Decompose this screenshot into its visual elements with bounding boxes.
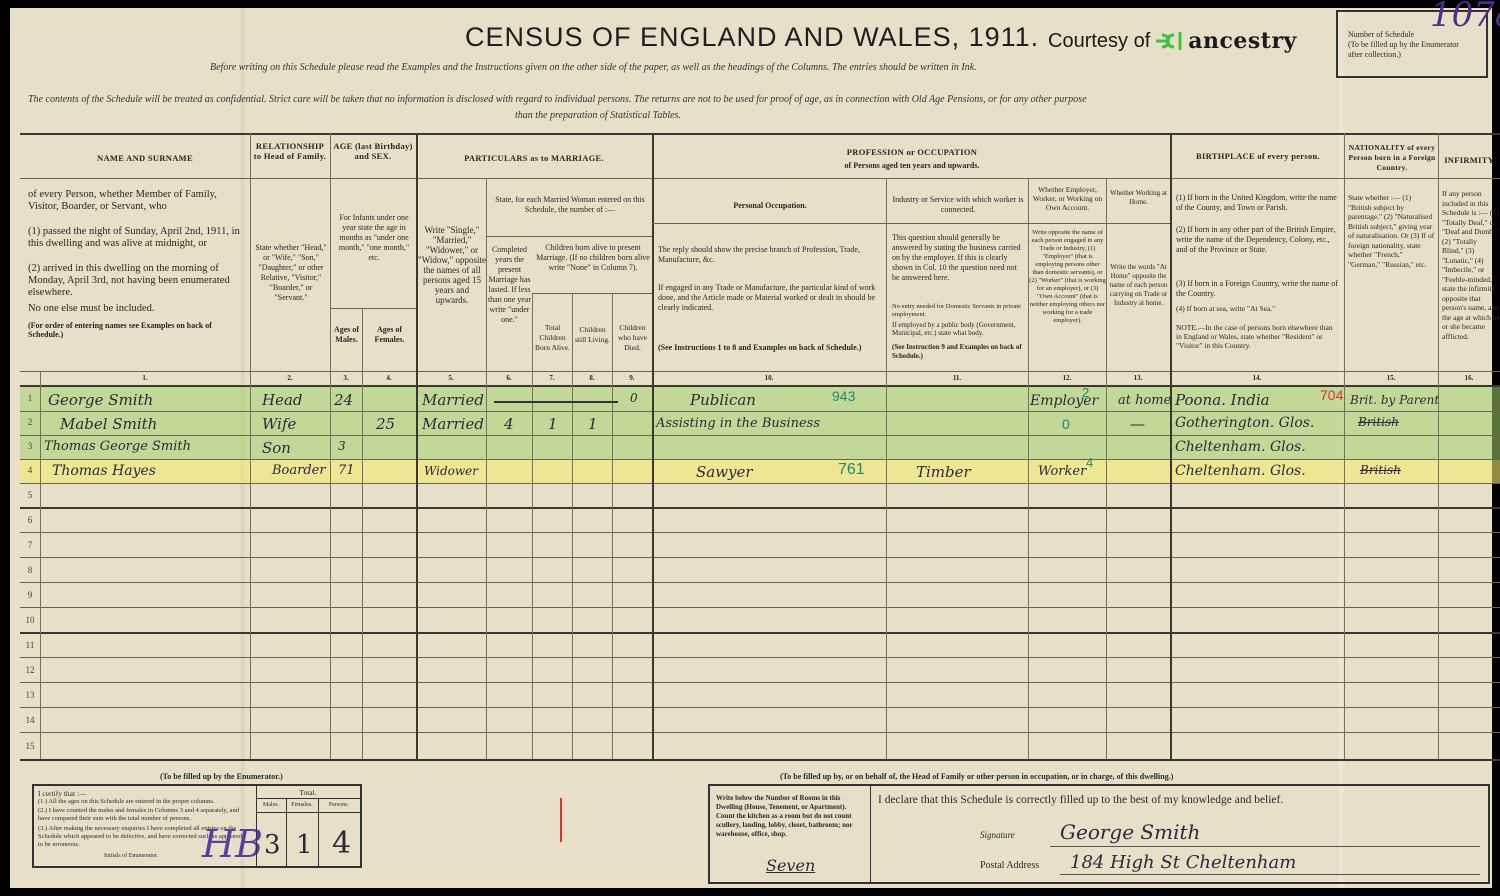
industry-desc-4: (See Instruction 9 and Examples on back … <box>892 343 1026 361</box>
colnum-8: 8. <box>572 374 612 382</box>
children-living: 1 <box>588 415 598 433</box>
colnum-13: 13. <box>1106 374 1170 382</box>
relationship: Head <box>262 391 303 409</box>
colnum-10: 10. <box>652 374 886 382</box>
colnum-3: 3. <box>330 374 362 382</box>
person-name: Thomas Hayes <box>52 463 156 479</box>
header-age: AGE (last Birthday) and SEX. <box>332 141 414 161</box>
personal-desc-3: (See Instructions 1 to 8 and Examples on… <box>658 343 884 353</box>
ancestry-brand: ancestry <box>1188 28 1297 54</box>
age-males-label: Ages of Males. <box>331 325 362 345</box>
colnum-7: 7. <box>532 374 572 382</box>
employment-code: 4 <box>1086 455 1093 470</box>
relationship: Wife <box>262 415 296 433</box>
marital-status: Widower <box>424 464 478 478</box>
working-at-home: — <box>1130 415 1145 433</box>
birthplace: Cheltenham. Glos. <box>1175 463 1306 479</box>
marriage-state-desc: State, for each Married Woman entered on… <box>488 195 652 215</box>
rooms-count[interactable]: Seven <box>766 856 815 875</box>
nationality: Brit. by Parent <box>1350 393 1439 407</box>
personal-desc-2: If engaged in any Trade or Manufacture, … <box>658 283 884 313</box>
marriage-write-desc: Write "Single," "Married," "Widower," or… <box>418 225 486 305</box>
courtesy-banner[interactable]: Courtesy of ancestry <box>1048 28 1297 54</box>
header-name: NAME AND SURNAME <box>40 153 250 163</box>
instruction-line: Before writing on this Schedule please r… <box>210 62 977 73</box>
total-persons: 4 <box>332 826 351 861</box>
infirmity-desc: If any person included in this Schedule … <box>1442 189 1500 369</box>
census-schedule-page: CENSUS OF ENGLAND AND WALES, 1911. Court… <box>10 8 1492 888</box>
industry: Timber <box>916 463 971 481</box>
header-infirmity: INFIRMITY. <box>1440 155 1500 165</box>
children-died: 0 <box>630 391 638 405</box>
occupation: Assisting in the Business <box>656 416 820 431</box>
age-desc: For Infants under one year state the age… <box>334 213 414 263</box>
census-table: NAME AND SURNAME of every Person, whethe… <box>20 133 1500 763</box>
name-desc-5: (For order of entering names see Example… <box>28 321 248 339</box>
colnum-6: 6. <box>486 374 532 382</box>
marriage-years-desc: Completed years the present Marriage has… <box>487 245 532 325</box>
confidential-notice: The contents of the Schedule will be tre… <box>28 94 1488 105</box>
birthplace-desc-1: (1) If born in the United Kingdom, write… <box>1176 193 1340 213</box>
name-desc-3: (2) arrived in this dwelling on the morn… <box>28 263 248 299</box>
colnum-5: 5. <box>416 374 486 382</box>
strikethrough-mark <box>494 401 618 403</box>
enumerator-heading: (To be filled up by the Enumerator.) <box>160 772 283 781</box>
red-tick-mark <box>560 798 562 842</box>
postal-address[interactable]: 184 High St Cheltenham <box>1070 852 1296 873</box>
schedule-number-value: 107a <box>1430 10 1500 20</box>
children-living-label: Children still Living. <box>573 325 612 345</box>
employer-label: Whether Employer, Worker, or Working on … <box>1029 185 1106 212</box>
name-desc-4: No one else must be included. <box>28 303 248 314</box>
header-nationality: NATIONALITY of every Person born in a Fo… <box>1346 143 1438 173</box>
colnum-16: 16. <box>1438 374 1500 382</box>
home-label: Whether Working at Home. <box>1107 189 1170 207</box>
industry-desc-3: If employed by a public body (Government… <box>892 321 1026 337</box>
row-number: 6 <box>20 515 40 525</box>
children-died-label: Children who have Died. <box>613 323 652 353</box>
age-female: 25 <box>376 415 395 433</box>
row-number: 11 <box>20 640 40 650</box>
total-females: 1 <box>296 830 313 860</box>
marital-status: Married <box>422 415 484 433</box>
employment-status: Worker <box>1038 464 1086 479</box>
relationship: Son <box>262 439 291 457</box>
name-desc-1: of every Person, whether Member of Famil… <box>28 189 248 213</box>
person-name: Mabel Smith <box>60 415 157 433</box>
household-heading: (To be filled up by, or on behalf of, th… <box>780 772 1173 781</box>
nationality-desc: State whether :— (1) "British subject by… <box>1348 193 1436 269</box>
marriage-children-desc: Children born alive to present Marriage.… <box>534 243 652 273</box>
employer-desc: Write opposite the name of each person e… <box>1029 229 1106 325</box>
row-number: 10 <box>20 615 40 625</box>
birthplace: Poona. India <box>1175 391 1270 409</box>
birthplace-desc-3: (3) If born in a Foreign Country, write … <box>1176 279 1340 299</box>
personal-desc-1: The reply should show the precise branch… <box>658 245 884 265</box>
document-title: CENSUS OF ENGLAND AND WALES, 1911. <box>465 22 1039 53</box>
personal-occupation-label: Personal Occupation. <box>654 201 886 211</box>
header-profession-sub: of Persons aged ten years and upwards. <box>654 161 1170 171</box>
colnum-11: 11. <box>886 374 1028 382</box>
home-desc: Write the words "At Home" opposite the n… <box>1107 263 1170 308</box>
children-total-label: Total Children Born Alive. <box>533 323 572 353</box>
working-at-home: at home <box>1118 393 1171 408</box>
birthplace: Cheltenham. Glos. <box>1175 439 1306 455</box>
age-male: 71 <box>338 463 355 478</box>
signature[interactable]: George Smith <box>1060 820 1200 844</box>
age-females-label: Ages of Females. <box>363 325 416 345</box>
schedule-number-box: Number of Schedule (To be filled up by t… <box>1336 10 1488 78</box>
birthplace-desc-4: (4) If born at sea, write "At Sea." <box>1176 303 1340 314</box>
age-male: 3 <box>338 439 346 453</box>
marital-status: Married <box>422 391 484 409</box>
person-name: George Smith <box>48 391 153 409</box>
industry-label: Industry or Service with which worker is… <box>888 195 1028 215</box>
row-number: 9 <box>20 590 40 600</box>
birthplace-code: 704 <box>1320 387 1343 403</box>
industry-desc-1: This question should generally be answer… <box>892 233 1026 283</box>
industry-desc-2: No entry needed for Domestic Servants in… <box>892 303 1026 319</box>
household-declaration-box: Write below the Number of Rooms in this … <box>708 784 1490 884</box>
employment-code: 2 <box>1082 385 1089 400</box>
row-number: 12 <box>20 665 40 675</box>
occupation: Publican <box>690 391 756 409</box>
header-relationship: RELATIONSHIP to Head of Family. <box>252 141 328 161</box>
employment-code: 0 <box>1062 416 1070 432</box>
person-name: Thomas George Smith <box>44 439 191 454</box>
row-number: 13 <box>20 690 40 700</box>
colnum-4: 4. <box>362 374 416 382</box>
birthplace: Gotherington. Glos. <box>1175 415 1314 431</box>
children-total: 1 <box>548 415 558 433</box>
initials-label: Initials of Enumerator. <box>104 852 158 861</box>
age-male: 24 <box>334 391 353 409</box>
row-number: 7 <box>20 540 40 550</box>
relationship-desc: State whether "Head," or "Wife," "Son," … <box>254 243 328 303</box>
colnum-12: 12. <box>1028 374 1106 382</box>
relationship: Boarder <box>272 463 326 478</box>
row-number: 14 <box>20 715 40 725</box>
colnum-1: 1. <box>40 374 250 382</box>
ancestry-leaf-icon <box>1154 30 1184 52</box>
rooms-instruction: Write below the Number of Rooms in this … <box>716 794 866 839</box>
courtesy-label: Courtesy of <box>1048 30 1150 53</box>
row-number: 15 <box>20 741 40 751</box>
nationality: British <box>1358 415 1399 429</box>
birthplace-desc-2: (2) If born in any other part of the Bri… <box>1176 225 1340 255</box>
occupation-code: 761 <box>838 461 865 479</box>
row-number: 5 <box>20 490 40 500</box>
occupation-code: 943 <box>832 388 855 404</box>
enumerator-certification-box: I certify that :— (1.) All the ages on t… <box>32 784 362 868</box>
name-desc-2: (1) passed the night of Sunday, April 2n… <box>28 226 248 250</box>
marriage-years: 4 <box>504 415 514 433</box>
postal-address-label: Postal Address <box>980 860 1039 871</box>
occupation: Sawyer <box>696 463 753 481</box>
birthplace-note: NOTE.—In the case of persons born elsewh… <box>1176 323 1340 350</box>
colnum-15: 15. <box>1344 374 1438 382</box>
colnum-14: 14. <box>1170 374 1344 382</box>
header-marriage: PARTICULARS as to MARRIAGE. <box>418 153 650 163</box>
header-birthplace: BIRTHPLACE of every person. <box>1172 151 1344 161</box>
enumerator-initials: HB <box>202 822 263 866</box>
row-number: 8 <box>20 565 40 575</box>
declaration-text: I declare that this Schedule is correctl… <box>878 794 1283 806</box>
nationality: British <box>1360 463 1401 477</box>
total-males: 3 <box>264 830 281 860</box>
colnum-2: 2. <box>250 374 330 382</box>
signature-label: Signature <box>980 830 1015 840</box>
confidential-notice-cont: than the preparation of Statistical Tabl… <box>515 110 681 121</box>
header-profession: PROFESSION or OCCUPATION <box>654 147 1170 157</box>
colnum-9: 9. <box>612 374 652 382</box>
